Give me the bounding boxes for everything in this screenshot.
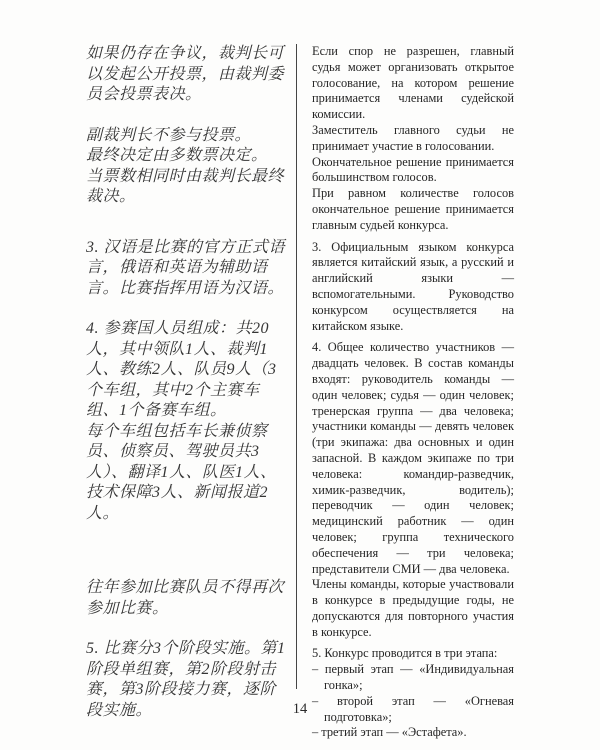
paragraph: Члены команды, которые участвовали в кон… [312,577,514,640]
paragraph: 每个车组包括车长兼侦察员、侦察员、驾驶员共3人）、翻译1人、队医1人、技术保障3… [86,422,287,525]
paragraph: 5. Конкурс проводится в три этапа: [312,646,514,662]
paragraph: – первый этап — «Индивидуальная гонка»; [312,662,514,694]
column-divider-rule [296,44,297,689]
paragraph: 当票数相同时由裁判长最终裁决。 [86,167,287,208]
paragraph: 4. Общее количество участников — двадцат… [312,340,514,577]
paragraph: 3. Официальным языком конкурса является … [312,240,514,335]
page-number: 14 [0,701,600,718]
paragraph: 往年参加比赛队员不得再次参加比赛。 [86,578,287,619]
book-page: 如果仍存在争议，裁判长可以发起公开投票，由裁判委员会投票表决。副裁判长不参与投票… [0,0,600,750]
chinese-text-column: 如果仍存在争议，裁判长可以发起公开投票，由裁判委员会投票表决。副裁判长不参与投票… [86,44,287,721]
paragraph: 副裁判长不参与投票。 [86,126,287,147]
paragraph: 如果仍存在争议，裁判长可以发起公开投票，由裁判委员会投票表决。 [86,44,287,106]
paragraph: 最终决定由多数票决定。 [86,146,287,167]
paragraph: Окончательное решение принимается больши… [312,155,514,187]
paragraph: 3. 汉语是比赛的官方正式语言，俄语和英语为辅助语言。比赛指挥用语为汉语。 [86,238,287,300]
paragraph: Заместитель главного судьи не принимает … [312,123,514,155]
paragraph: – третий этап — «Эстафета». [312,725,514,741]
two-column-text-block: 如果仍存在争议，裁判长可以发起公开投票，由裁判委员会投票表决。副裁判长不参与投票… [86,44,514,741]
russian-text-column: Если спор не разрешен, главный судья мож… [312,44,514,741]
paragraph: 4. 参赛国人员组成：共20人，其中领队1人、裁判1人、教练2人、队员9人（3个… [86,319,287,422]
paragraph: Если спор не разрешен, главный судья мож… [312,44,514,123]
paragraph: При равном количестве голосов окончатель… [312,186,514,233]
